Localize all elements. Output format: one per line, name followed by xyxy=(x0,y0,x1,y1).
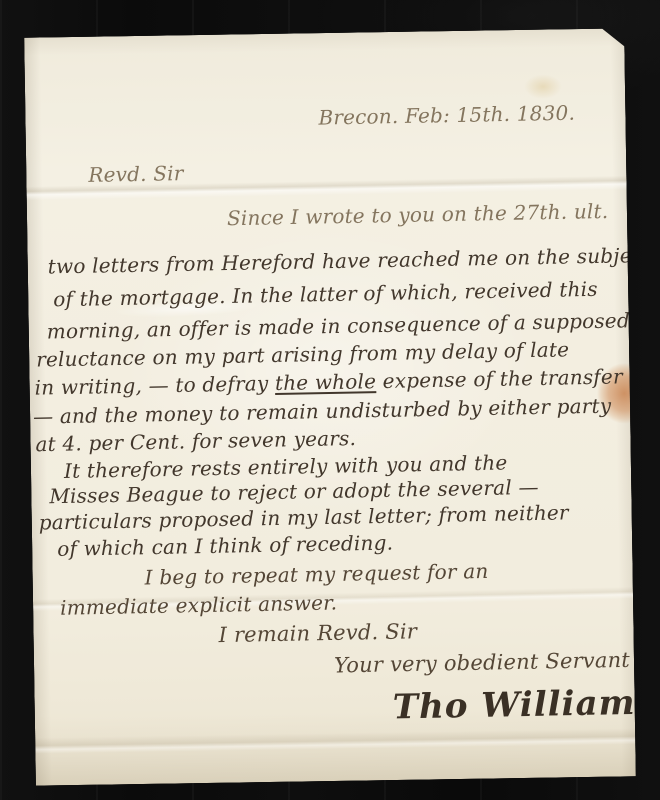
closing-line: I remain Revd. Sir xyxy=(218,619,417,647)
letter-line: at 4. per Cent. for seven years. xyxy=(35,426,356,456)
dateline: Brecon. Feb: 15th. 1830. xyxy=(318,101,575,130)
salutation: Revd. Sir xyxy=(88,161,184,187)
letter-line: immediate explicit answer. xyxy=(60,590,338,619)
letter-line-segment: expense of the transfer xyxy=(376,364,623,393)
underlined-words: the whole xyxy=(275,369,377,395)
letter-line: — and the money to remain undisturbed by… xyxy=(33,394,612,429)
letter-line: of the mortgage. In the latter of which,… xyxy=(53,277,598,311)
letter-line: Since I wrote to you on the 27th. ult. xyxy=(227,199,609,230)
fold-crease xyxy=(35,728,635,753)
letter-line: two letters from Hereford have reached m… xyxy=(48,243,652,279)
letter-paper: Brecon. Feb: 15th. 1830. Revd. Sir Since… xyxy=(24,28,636,785)
signature: Tho Williams. xyxy=(392,682,660,727)
closing-line: Your very obedient Servant xyxy=(334,648,630,678)
letter-line: I beg to repeat my request for an xyxy=(144,559,488,590)
letter-line: of which can I think of receding. xyxy=(57,530,393,560)
letter-line-segment: in writing, — to defray xyxy=(34,371,275,400)
faint-stain xyxy=(517,69,570,104)
photo-background: Brecon. Feb: 15th. 1830. Revd. Sir Since… xyxy=(0,0,660,800)
